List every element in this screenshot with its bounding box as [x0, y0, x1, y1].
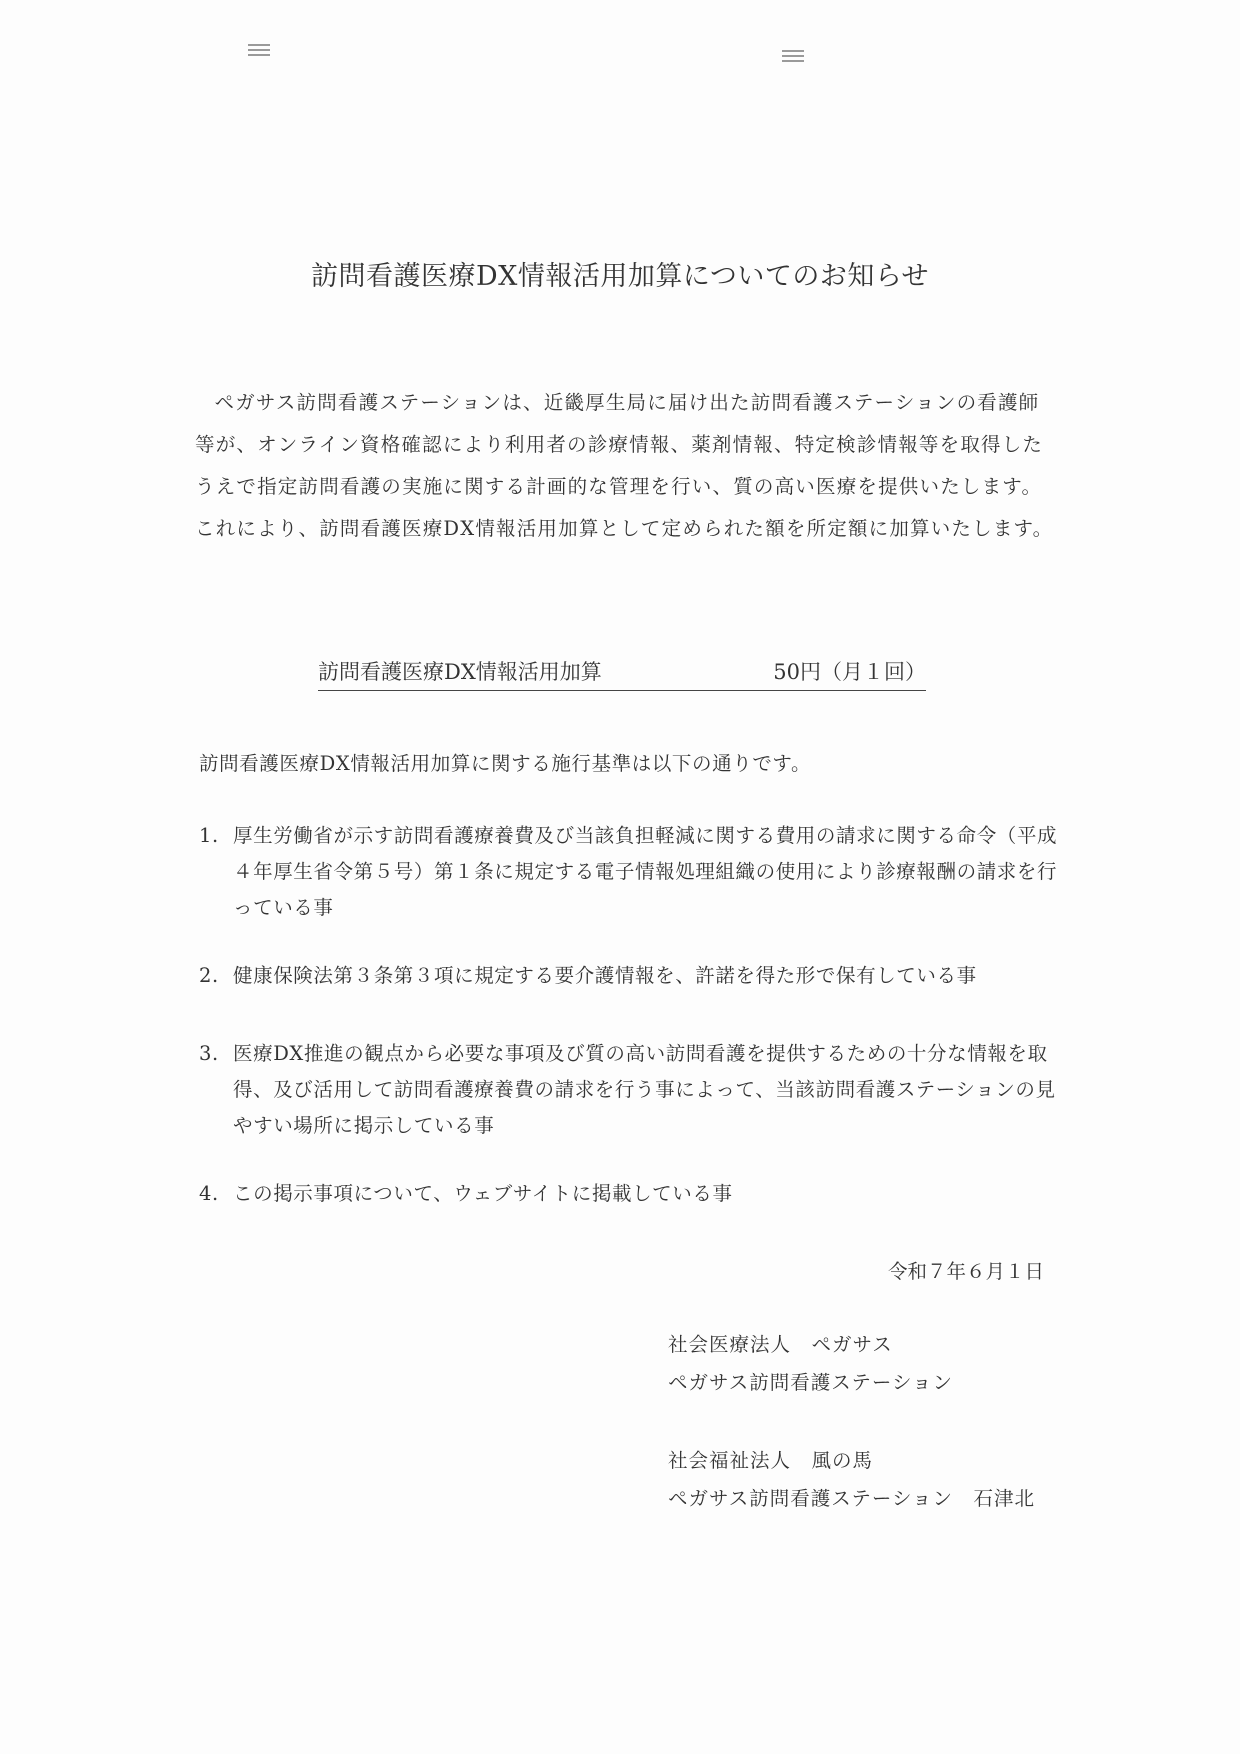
criteria-number: 1.: [199, 818, 233, 926]
criteria-text: 厚生労働省が示す訪問看護療養費及び当該負担軽減に関する費用の請求に関する命令（平…: [233, 818, 1059, 926]
station-name: ペガサス訪問看護ステーション 石津北: [668, 1480, 1035, 1518]
criteria-number: 2.: [199, 958, 233, 994]
document-page: 訪問看護医療DX情報活用加算についてのお知らせ ペガサス訪問看護ステーションは、…: [0, 0, 1240, 1754]
criteria-number: 3.: [199, 1036, 233, 1144]
criteria-number: 4.: [199, 1176, 233, 1212]
fee-name: 訪問看護医療DX情報活用加算: [318, 656, 602, 686]
criteria-item: 2. 健康保険法第３条第３項に規定する要介護情報を、許諾を得た形で保有している事: [199, 958, 1059, 994]
signature-block: 社会医療法人 ペガサス ペガサス訪問看護ステーション: [668, 1326, 953, 1402]
corporation-name: 社会福祉法人 風の馬: [668, 1442, 1035, 1480]
issue-date: 令和７年６月１日: [888, 1256, 1044, 1284]
intro-paragraph: ペガサス訪問看護ステーションは、近畿厚生局に届け出た訪問看護ステーションの看護師…: [195, 382, 1055, 550]
scan-artifact-mark: [248, 44, 270, 60]
signature-block: 社会福祉法人 風の馬 ペガサス訪問看護ステーション 石津北: [668, 1442, 1035, 1518]
criteria-item: 4. この掲示事項について、ウェブサイトに掲載している事: [199, 1176, 1059, 1212]
corporation-name: 社会医療法人 ペガサス: [668, 1326, 953, 1364]
criteria-lead: 訪問看護医療DX情報活用加算に関する施行基準は以下の通りです。: [199, 748, 811, 776]
criteria-item: 1. 厚生労働省が示す訪問看護療養費及び当該負担軽減に関する費用の請求に関する命…: [199, 818, 1059, 926]
criteria-text: 健康保険法第３条第３項に規定する要介護情報を、許諾を得た形で保有している事: [233, 958, 1059, 994]
fee-line: 訪問看護医療DX情報活用加算 50円（月１回）: [318, 656, 926, 691]
document-title: 訪問看護医療DX情報活用加算についてのお知らせ: [0, 254, 1240, 293]
criteria-item: 3. 医療DX推進の観点から必要な事項及び質の高い訪問看護を提供するための十分な…: [199, 1036, 1059, 1144]
criteria-text: この掲示事項について、ウェブサイトに掲載している事: [233, 1176, 1059, 1212]
scan-artifact-mark: [782, 50, 804, 66]
station-name: ペガサス訪問看護ステーション: [668, 1364, 953, 1402]
fee-amount: 50円（月１回）: [773, 656, 926, 686]
criteria-text: 医療DX推進の観点から必要な事項及び質の高い訪問看護を提供するための十分な情報を…: [233, 1036, 1059, 1144]
